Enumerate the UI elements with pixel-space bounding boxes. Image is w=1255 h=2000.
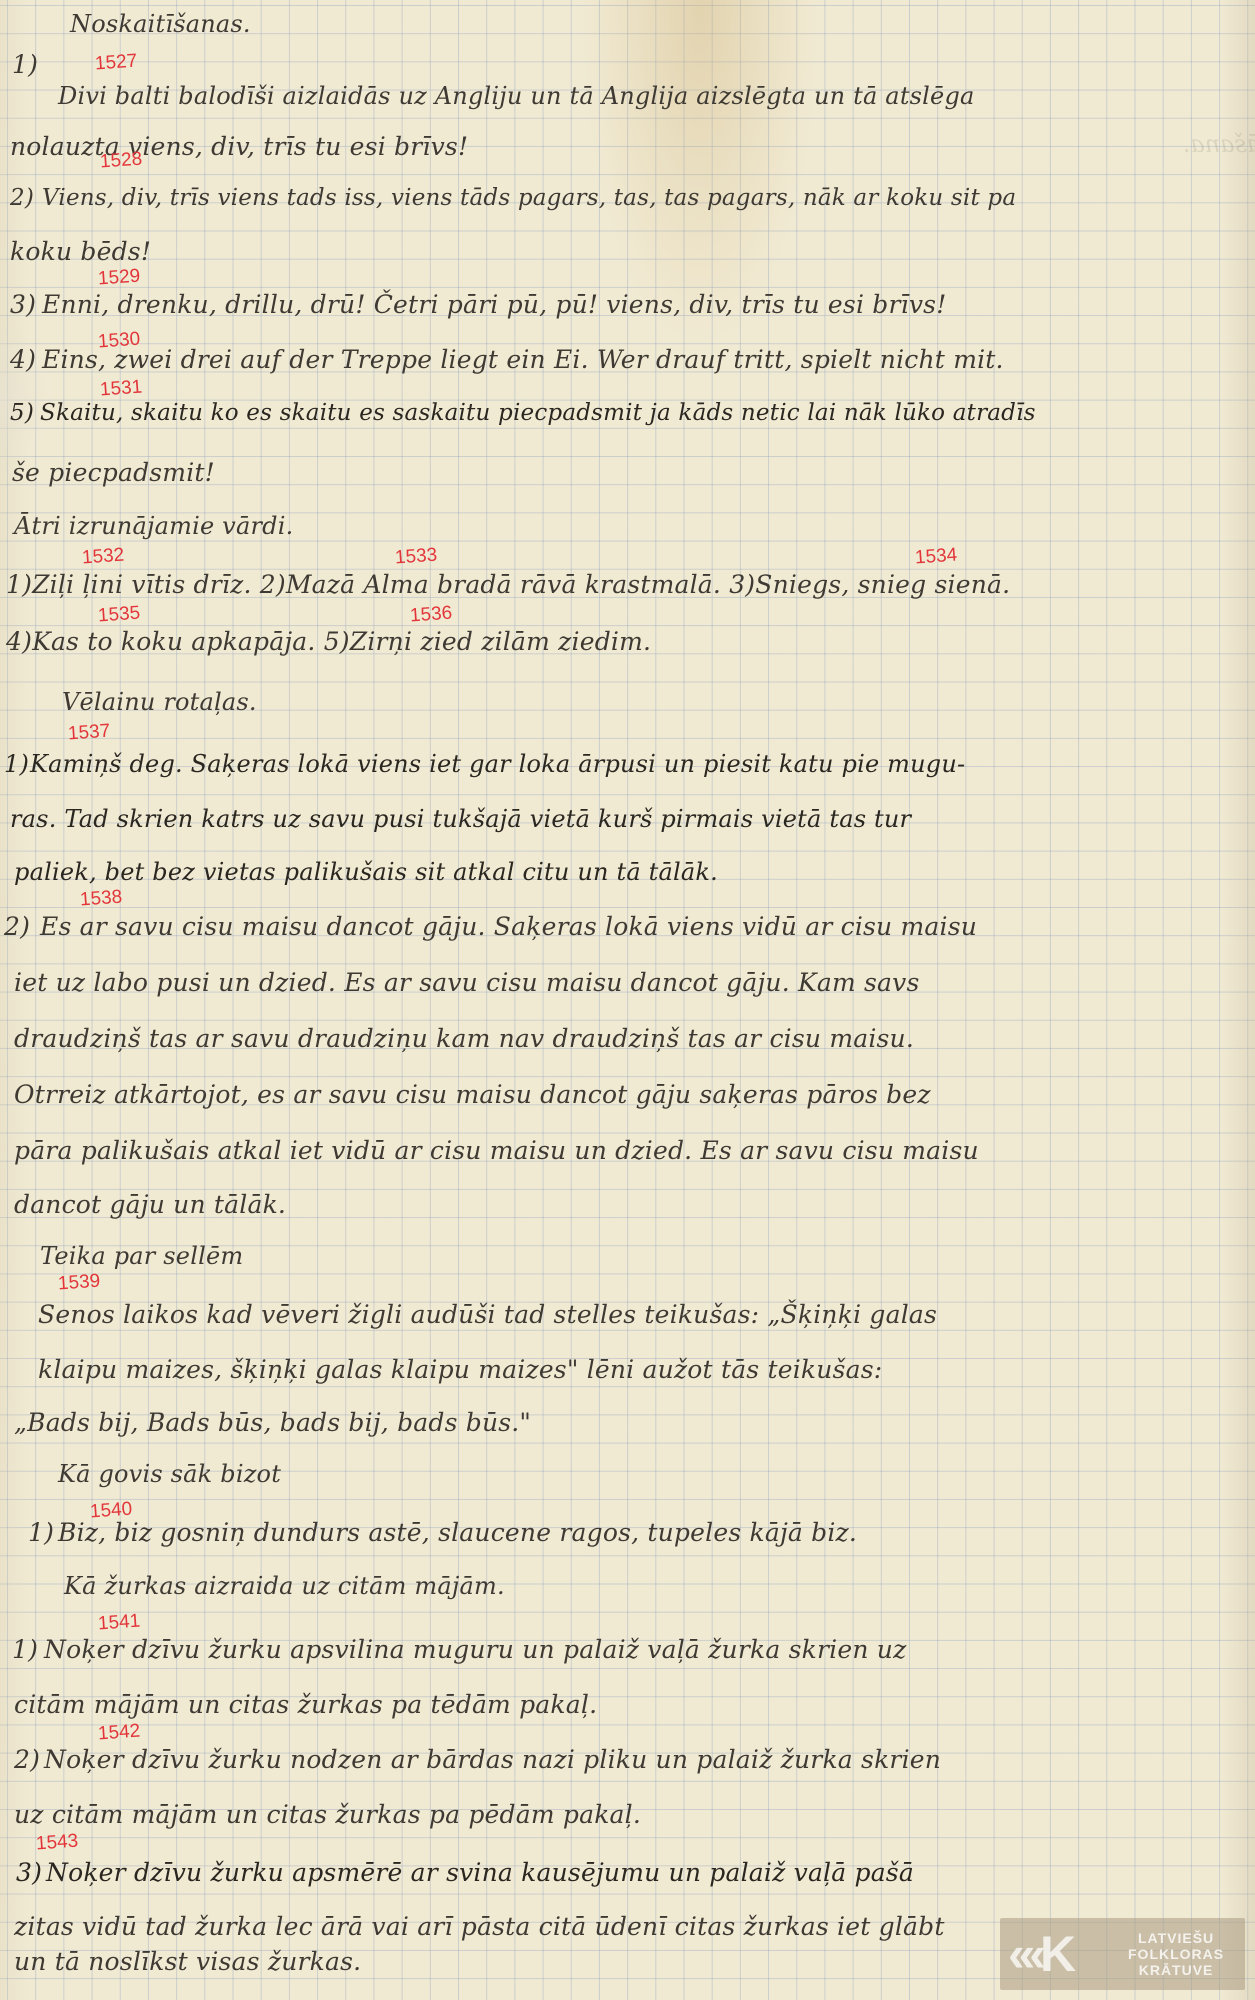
item-marker: 4) xyxy=(10,345,36,374)
item-marker: 5) xyxy=(10,400,34,426)
item-marker: 1) xyxy=(28,1518,54,1547)
archive-number: 1533 xyxy=(394,545,438,570)
text-line: Biz, biz gosniņ dundurs astē, slaucene r… xyxy=(58,1518,857,1547)
archive-number: 1536 xyxy=(409,603,453,628)
archive-number: 1535 xyxy=(97,603,141,628)
archive-number: 1531 xyxy=(99,377,143,402)
text-line: un tā noslīkst visas žurkas. xyxy=(14,1947,361,1976)
item-marker: 3) xyxy=(729,570,755,599)
phrase: Mazā Alma bradā rāvā krastmalā. xyxy=(286,570,721,599)
text-line: citām mājām un citas žurkas pa tēdām pak… xyxy=(14,1690,597,1719)
archive-number: 1537 xyxy=(67,721,111,746)
archive-number: 1528 xyxy=(99,149,143,174)
phrase: Sniegs, snieg sienā. xyxy=(755,570,1010,599)
text-line: uz citām mājām un citas žurkas pa pēdām … xyxy=(14,1800,641,1829)
section-heading: Kā govis sāk bizot xyxy=(58,1460,281,1488)
manuscript-page: Rūpētu persadāšana. 1) Uz bungu, zvejnie… xyxy=(0,0,1255,2000)
item-marker: 2) xyxy=(4,912,30,941)
text-line: nolauzta viens, div, trīs tu esi brīvs! xyxy=(10,132,468,161)
text-line: 4)Kas to koku apkapāja. 5)Zirņi zied zil… xyxy=(6,627,651,656)
section-heading: Noskaitīšanas. xyxy=(70,10,251,38)
watermark-line: FOLKLORAS xyxy=(1128,1946,1224,1962)
item-marker: 1) xyxy=(4,750,29,778)
archive-number: 1542 xyxy=(97,1721,141,1746)
item-marker: 2) xyxy=(10,185,34,211)
text-line: Noķer dzīvu žurku apsvilina muguru un pa… xyxy=(44,1635,906,1664)
text-line: iet uz labo pusi un dzied. Es ar savu ci… xyxy=(14,968,920,997)
item-marker: 1) xyxy=(6,570,32,599)
archive-number: 1527 xyxy=(94,51,138,76)
text-line: Viens, div, trīs viens tads iss, viens t… xyxy=(42,185,1016,211)
text-line: pāra palikušais atkal iet vidū ar cisu m… xyxy=(14,1136,979,1165)
section-heading: Kā žurkas aizraida uz citām mājām. xyxy=(64,1572,505,1600)
text-line: Eins, zwei drei auf der Treppe liegt ein… xyxy=(42,345,1004,374)
phrase: Zirņi zied zilām ziedim. xyxy=(350,627,651,656)
section-heading: Vēlainu rotaļas. xyxy=(62,688,257,716)
watermark-line: KRĀTUVE xyxy=(1128,1962,1224,1978)
text-line: draudziņš tas ar savu draudziņu kam nav … xyxy=(14,1024,914,1053)
item-marker: 3) xyxy=(16,1858,42,1887)
text-line: koku bēds! xyxy=(10,237,151,266)
text-line: „Bads bij, Bads būs, bads bij, bads būs.… xyxy=(14,1408,531,1437)
text-line: paliek, bet bez vietas palikušais sit at… xyxy=(14,858,718,886)
lfk-logo-icon: ‹‹‹K xyxy=(1000,1925,1128,1983)
archive-watermark-logo: ‹‹‹K LATVIEŠU FOLKLORAS KRĀTUVE xyxy=(1000,1918,1245,1990)
text-line: še piecpadsmit! xyxy=(12,458,215,487)
watermark-line: LATVIEŠU xyxy=(1128,1930,1224,1946)
item-marker: 4) xyxy=(6,627,32,656)
item-marker: 2) xyxy=(14,1745,40,1774)
text-line: ras. Tad skrien katrs uz savu pusi tukša… xyxy=(10,805,911,833)
text-line: Es ar savu cisu maisu dancot gāju. Saķer… xyxy=(40,912,977,941)
section-heading: Teika par sellēm xyxy=(40,1242,243,1270)
item-marker: 5) xyxy=(324,627,350,656)
text-line: klaipu maizes, šķiņķi galas klaipu maize… xyxy=(38,1355,882,1384)
bleed-through-text: Rūpētu persadāšana. xyxy=(1183,130,1255,158)
archive-number: 1529 xyxy=(97,266,141,291)
item-marker: 1) xyxy=(12,1635,38,1664)
archive-number: 1543 xyxy=(35,1831,79,1856)
text-line: Kamiņš deg. Saķeras lokā viens iet gar l… xyxy=(30,750,965,778)
text-line: Skaitu, skaitu ko es skaitu es saskaitu … xyxy=(40,400,1036,426)
watermark-text: LATVIEŠU FOLKLORAS KRĀTUVE xyxy=(1128,1930,1224,1978)
section-heading: Ātri izrunājamie vārdi. xyxy=(14,512,293,540)
archive-number: 1539 xyxy=(57,1271,101,1296)
text-line: Noķer dzīvu žurku nodzen ar bārdas nazi … xyxy=(44,1745,941,1774)
text-line: 1)Ziļi ļini vītis drīz. 2)Mazā Alma brad… xyxy=(6,570,1010,599)
phrase: Kas to koku apkapāja. xyxy=(32,627,315,656)
item-marker: 1) xyxy=(12,50,38,79)
text-line: Enni, drenku, drillu, drū! Četri pāri pū… xyxy=(42,290,946,319)
text-line: Divi balti balodīši aizlaidās uz Angliju… xyxy=(58,82,975,110)
text-line: Otrreiz atkārtojot, es ar savu cisu mais… xyxy=(14,1080,931,1109)
archive-number: 1534 xyxy=(914,545,958,570)
archive-number: 1532 xyxy=(81,545,125,570)
archive-number: 1541 xyxy=(97,1611,141,1636)
archive-number: 1538 xyxy=(79,887,123,912)
item-marker: 2) xyxy=(260,570,286,599)
text-line: dancot gāju un tālāk. xyxy=(14,1190,286,1219)
text-line: Senos laikos kad vēveri žigli audūši tad… xyxy=(38,1300,937,1329)
item-marker: 3) xyxy=(10,290,36,319)
phrase: Ziļi ļini vītis drīz. xyxy=(32,570,252,599)
text-line: zitas vidū tad žurka lec ārā vai arī pās… xyxy=(14,1912,945,1941)
text-line: Noķer dzīvu žurku apsmērē ar svina kausē… xyxy=(46,1858,914,1887)
